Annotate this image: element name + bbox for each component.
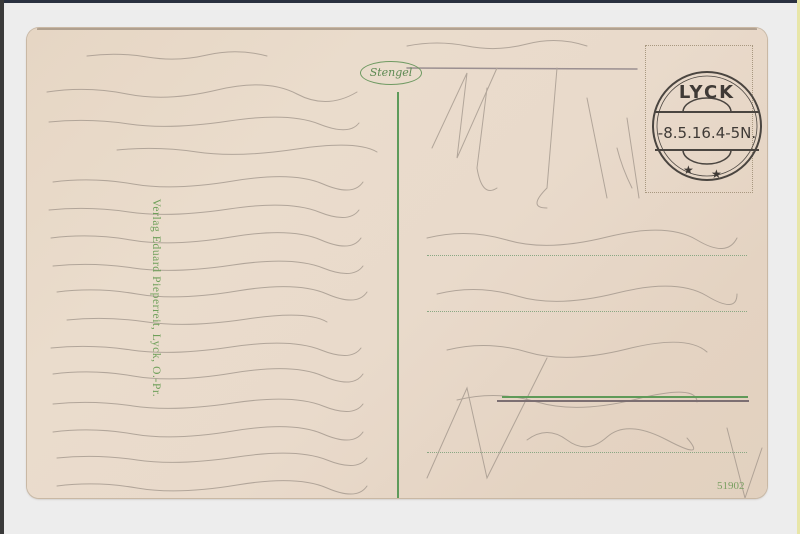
postmark-star-right: ★ [711,167,722,181]
postmark-stamp: LYCK -8.5.16.4-5N. ★ ★ [649,68,765,184]
logo-text: Stengel [370,66,413,79]
message-address-divider [397,92,399,498]
serial-number: 51902 [717,480,745,492]
postmark-star-left: ★ [683,163,694,177]
address-line-2 [427,311,747,312]
postmark-date: -8.5.16.4-5N. [658,124,756,142]
publisher-logo: Stengel [360,61,422,85]
address-line-1 [427,255,747,256]
address-line-3 [502,396,748,398]
publisher-imprint: Verlag Eduard Pieperreit, Lyck, O.-Pr. [146,173,162,423]
address-line-4 [427,452,747,453]
postcard: Stengel Verlag Eduard Pieperreit, Lyck, … [27,28,767,498]
postmark-city: LYCK [679,82,735,103]
address-line-3-underline [497,400,749,402]
